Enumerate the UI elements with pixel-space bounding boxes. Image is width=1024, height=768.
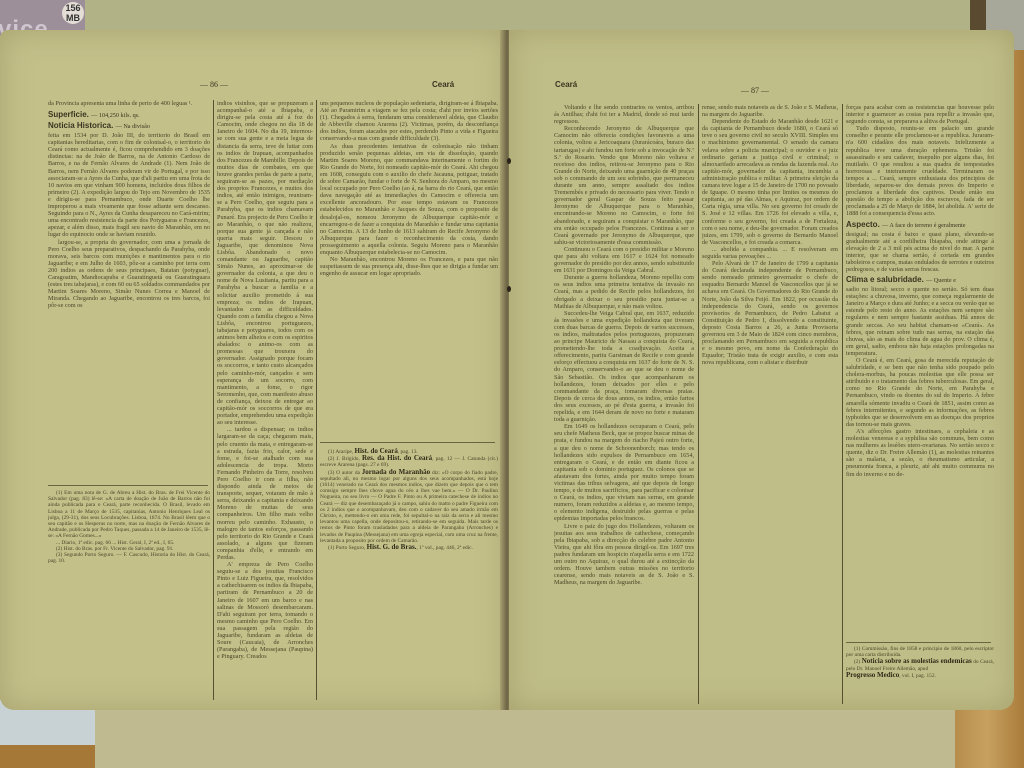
- open-book: — 86 — Ceará da Provincia apresenta uma …: [0, 30, 1015, 715]
- paragraph: ... abolida a companhia. ... E resolvera…: [702, 246, 838, 260]
- paragraph: Durante a guerra hollandeza, Moreno repe…: [554, 274, 694, 309]
- text-column-2: rense, sendo mais notaveis as de S. João…: [702, 104, 838, 704]
- paragraph: A's affecções gastro intestinaes, a ceph…: [846, 428, 994, 478]
- footnotes-column-3: (1) Commissão, fins de 1858 e principio …: [846, 646, 994, 696]
- paragraph: O Ceará é, em Ceará, gosa de merecida re…: [846, 357, 994, 428]
- binding-mark: [507, 286, 511, 292]
- footnote-divider: [846, 642, 991, 643]
- page-number: — 86 —: [200, 80, 228, 89]
- paragraph: Pelo Alvará de 17 de Janeiro de 1799 a c…: [702, 260, 838, 366]
- sticker-badge: 156 MB: [62, 2, 84, 24]
- column-rule: [213, 100, 214, 700]
- text-column-3: uns pequenos nucleos de população sedent…: [320, 100, 498, 440]
- paragraph: feita em 1534 por D. João III, do territ…: [48, 132, 210, 238]
- footnote: (1) Em uma nota de G. de Abreu a Hist. d…: [48, 490, 210, 540]
- footnotes-column-3: (1) Araripe, Hist. do Ceará, pag. 13. (2…: [320, 448, 498, 688]
- paragraph: Reconhecendo Jeronymo de Albuquerque que…: [554, 125, 694, 246]
- paragraph: sadio no litoral; secco e quente no sert…: [846, 286, 994, 357]
- section-heading-historica: Noticia Historica. — Na divisão: [48, 121, 210, 132]
- footnote: Progresso Medico, vol. I, pag. 152.: [846, 672, 994, 679]
- paragraph: Tudo disposto, reuniu-se em palacio um g…: [846, 125, 994, 217]
- footnote-divider: [320, 442, 495, 443]
- paragraph: largou-se, a propria do governador, com …: [48, 239, 210, 310]
- footnote: (2) Noticia sobre as molestias endemicas…: [846, 658, 994, 671]
- column-rule: [698, 104, 699, 704]
- paragraph: No Maranhão, encontrou Moreno os Francez…: [320, 256, 498, 277]
- footnote: (3) Segundo Porto Seguro. — F. Cascudo, …: [48, 552, 210, 564]
- right-page: Ceará — 87 — Voltando e lhe sendo contra…: [509, 30, 1014, 710]
- paragraph: da Provincia apresenta uma linha de pert…: [48, 100, 210, 107]
- text-column-2: indios visinhos, que se propuzeram a aco…: [217, 100, 313, 700]
- section-heading-superficie: Superficie. — 104,250 kils. qs.: [48, 110, 210, 121]
- running-head: Ceará: [432, 80, 454, 89]
- paragraph: Succedeu-lhe Veiga Cabral que, em 1637, …: [554, 310, 694, 424]
- paragraph: uns pequenos nucleos de população sedent…: [320, 100, 498, 143]
- paragraph: Continuou o Ceará com o presidio militar…: [554, 246, 694, 274]
- column-rule: [316, 100, 317, 700]
- paragraph: indios visinhos, que se propuzeram a aco…: [217, 100, 313, 426]
- wood-edge-left: [0, 745, 95, 768]
- paragraph: forças para acabar com as resistencias q…: [846, 104, 994, 125]
- footnote-divider: [48, 485, 208, 486]
- footnote: (2) J. Brigido, Res. da Hist. do Ceará, …: [320, 455, 498, 468]
- paragraph: As duas precedentes tentativas de coloni…: [320, 143, 498, 257]
- paragraph: ... tardou a dispensar; os indios largar…: [217, 426, 313, 561]
- left-page: — 86 — Ceará da Provincia apresenta uma …: [0, 30, 507, 710]
- paragraph: rense, sendo mais notaveis as de S. João…: [702, 104, 838, 118]
- page-number: — 87 —: [741, 86, 769, 95]
- section-heading-aspecto: Aspecto. — A face do terreno é geralment…: [846, 220, 994, 231]
- paragraph: Voltando e lhe sendo contrarios os vento…: [554, 104, 694, 125]
- binding-mark: [507, 158, 511, 164]
- footnote: (1) Porto Seguro, Hist. G. do Bras., 1º …: [320, 544, 498, 551]
- paragraph: desigual; na costa é baixo e quasi plano…: [846, 231, 994, 274]
- paragraph: A' empreza de Pero Coelho seguiu-se a do…: [217, 561, 313, 660]
- running-head: Ceará: [555, 80, 577, 89]
- text-column-1: da Provincia apresenta uma linha de pert…: [48, 100, 210, 480]
- paragraph: Livre o paiz do jugo dos Hollandezes, vo…: [554, 523, 694, 587]
- text-column-1: Voltando e lhe sendo contrarios os vento…: [554, 104, 694, 704]
- column-rule: [842, 104, 843, 704]
- paragraph: Dependente do Estado do Maranhão desde 1…: [702, 118, 838, 246]
- section-heading-clima: Clima e salubridade. — Quente e: [846, 275, 994, 286]
- text-column-3: forças para acabar com as resistencias q…: [846, 104, 994, 639]
- footnote: (3) O autor da Jornada do Maranhão diz: …: [320, 469, 498, 544]
- footnotes-column-1: (1) Em uma nota de G. de Abreu a Hist. d…: [48, 490, 210, 690]
- paragraph: Em 1649 os hollandezes occuparam o Ceará…: [554, 423, 694, 522]
